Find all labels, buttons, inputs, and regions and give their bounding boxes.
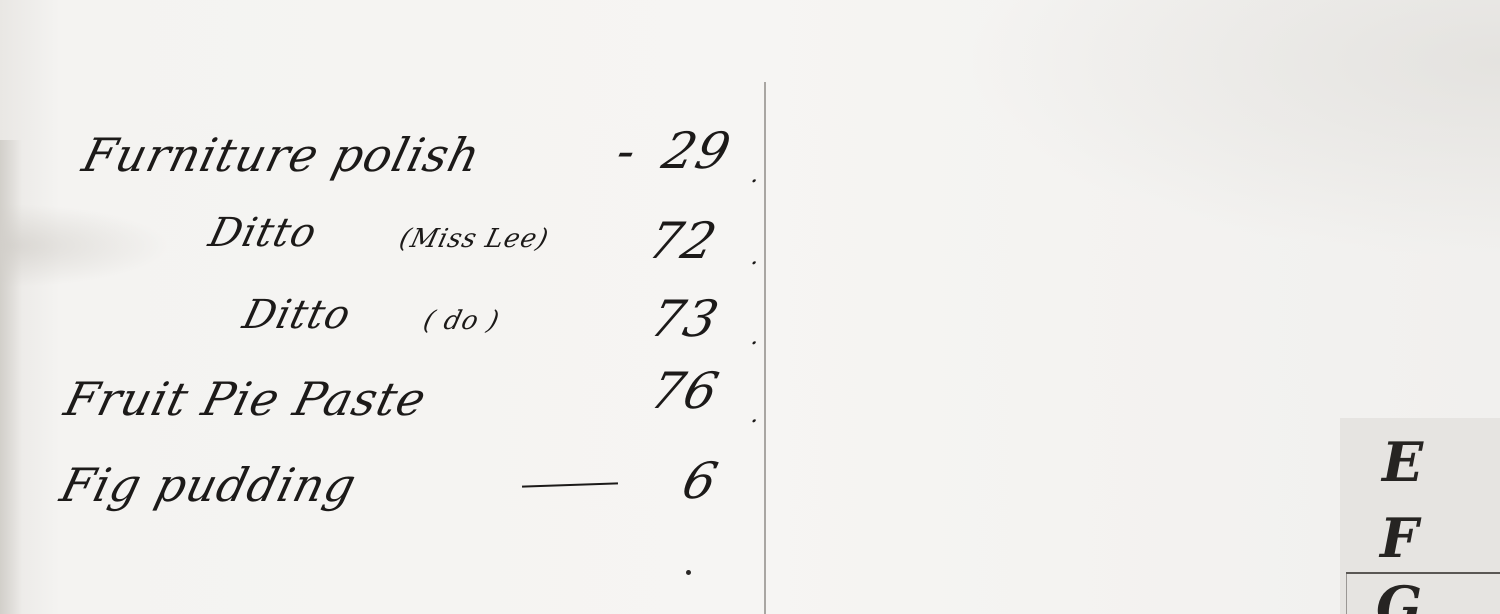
entry-page-number: 6: [677, 452, 724, 510]
ink-speck: [686, 570, 691, 575]
margin-ruling-line: [764, 82, 766, 614]
entry-separator: -: [611, 122, 643, 180]
index-divider-rule: [1346, 572, 1500, 574]
entry-label-ditto: Ditto: [238, 292, 356, 338]
page-edge-shadow: [0, 140, 22, 614]
index-letter-e: E: [1382, 430, 1423, 494]
entry-label-ditto: Ditto: [204, 210, 322, 256]
index-vertical-rule: [1346, 574, 1347, 614]
entry-period: .: [749, 322, 765, 350]
entry-page-number: 29: [657, 122, 737, 180]
entry-page-number: 73: [645, 290, 725, 348]
entry-page-number: 76: [645, 362, 725, 420]
entry-period: .: [749, 242, 765, 270]
entry-note-do: ( do ): [420, 306, 503, 336]
index-letter-g: G: [1376, 574, 1422, 614]
index-letter-f: F: [1380, 506, 1418, 570]
entry-label-fruit-pie-paste: Fruit Pie Paste: [59, 372, 432, 426]
entry-label-furniture-polish: Furniture polish: [77, 128, 486, 182]
entry-page-number: 72: [643, 212, 723, 270]
entry-period: .: [749, 400, 765, 428]
entry-note-miss-lee: (Miss Lee): [396, 224, 552, 254]
entry-leader-dash: [522, 482, 618, 487]
scanned-page: Furniture polish - 29 . Ditto (Miss Lee)…: [0, 0, 1500, 614]
entry-period: .: [749, 160, 765, 188]
entry-label-fig-pudding: Fig pudding: [55, 458, 362, 512]
